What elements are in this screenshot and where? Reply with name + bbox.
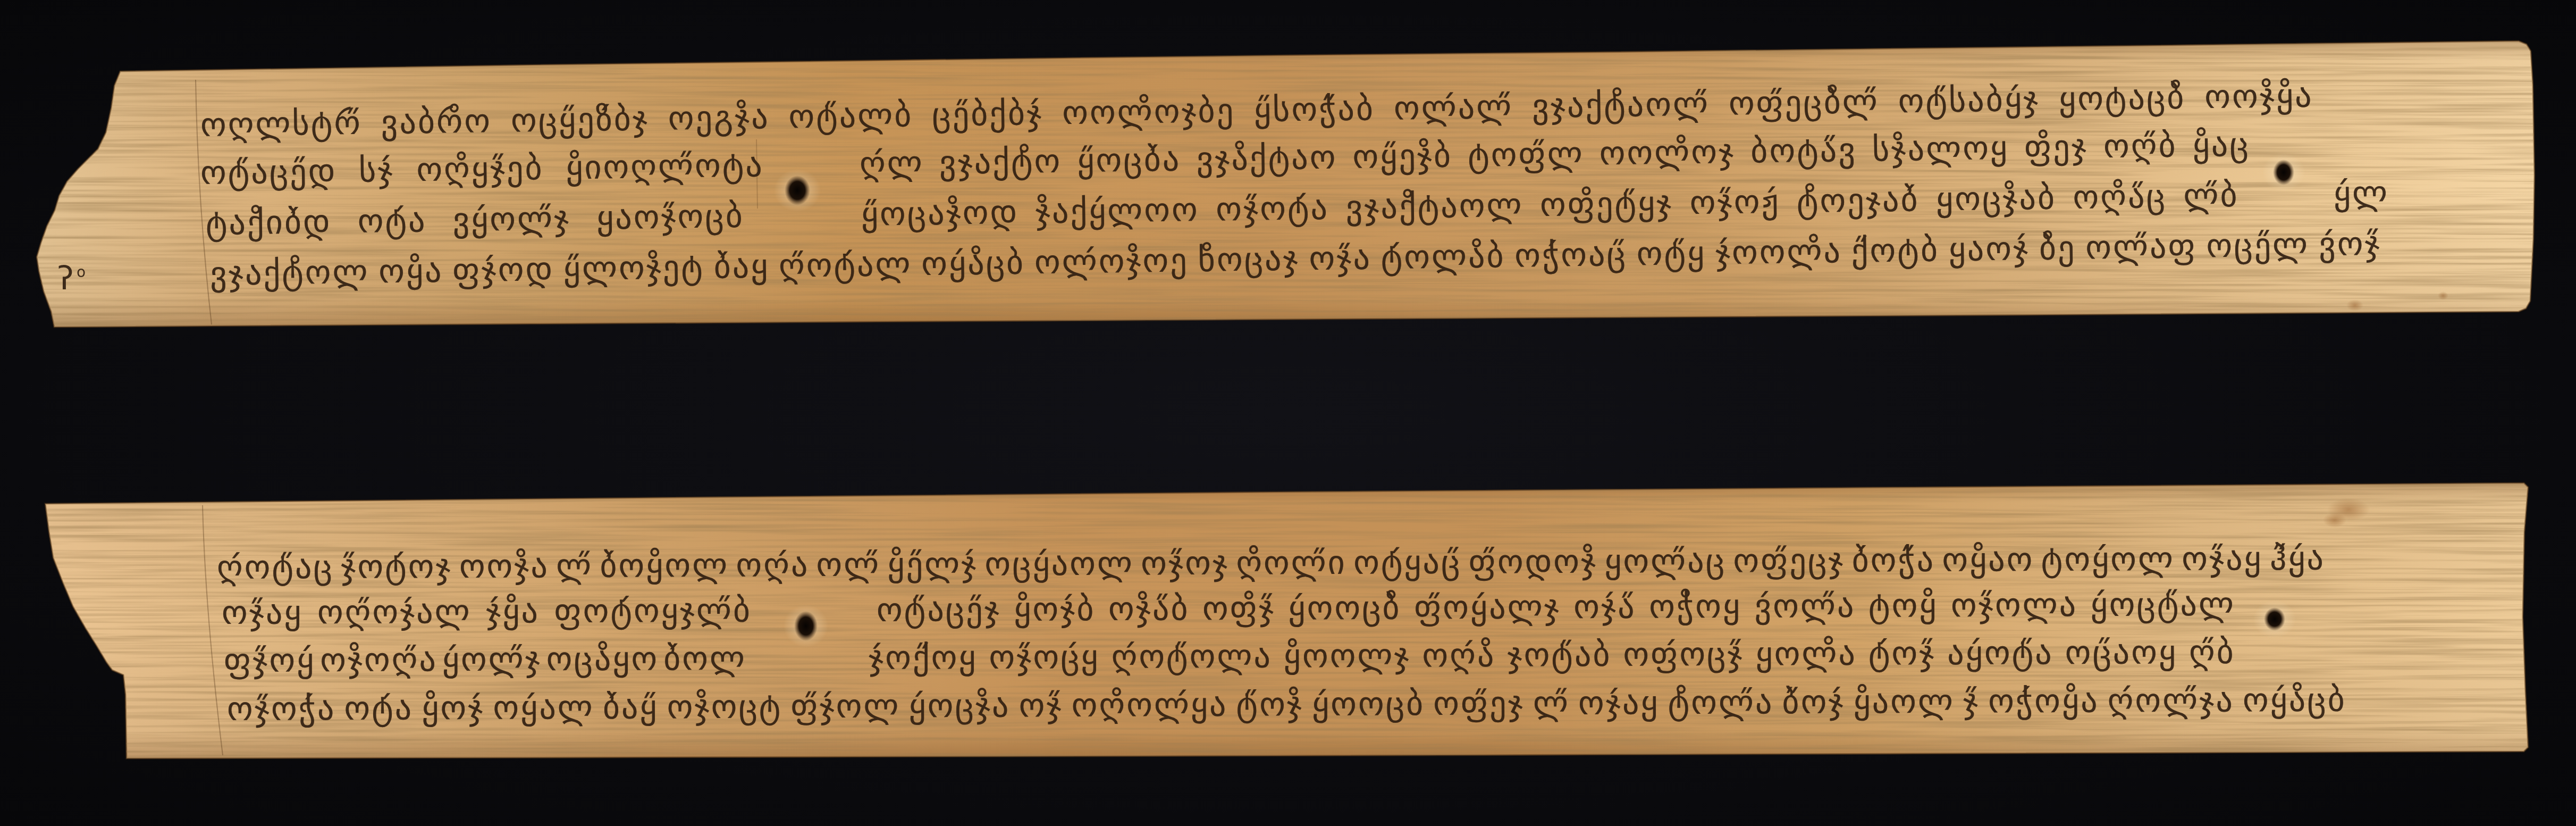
stain-spot	[2438, 291, 2448, 300]
script-word: ოჯ̋აყ	[2182, 537, 2263, 580]
script-word: ფ̋ოდოჯ̊	[1469, 540, 1598, 583]
script-word: ოჯ̋ა	[1309, 236, 1371, 280]
script-word: ოცა̊ყო	[546, 637, 659, 680]
script-line-3-left: ფჯ̋ოყ́ოჯ̊ოღ̋აყ́ოლ̋ჯოცა̊ყობ́ოლ	[224, 637, 746, 682]
leaf-number-digit-1: ʔ	[57, 263, 74, 295]
script-word: ვჯაქტ̊ოლ	[209, 251, 369, 295]
script-word: ფჯ́ოდ	[452, 248, 554, 292]
script-word: ვაბრ̊ო	[381, 99, 492, 144]
script-word: ოოლ̊ოჯბე	[1062, 89, 1235, 135]
script-word: ოფ̊ეტ̋ყჯ	[1539, 182, 1673, 226]
script-word: ოლ́ალ̋	[1393, 86, 1513, 130]
script-word: ყ̊ე̋ლჯ́	[887, 543, 978, 586]
script-word: ფ̋ოყ́ალჯ	[1414, 586, 1561, 629]
script-word: ყ́ოცტ̋ალ	[2090, 583, 2235, 626]
string-hole-top-left	[774, 169, 821, 212]
script-word: ღ̊ოლ̋ი	[1236, 541, 1346, 585]
script-word: აყ́ოტ̋ა	[1947, 631, 2053, 674]
script-word: ტაქ̊იბ́დ	[205, 201, 332, 245]
script-word: ბ́ოჭ̋ა	[1851, 539, 1935, 582]
script-word: ოღლსტრ̋	[200, 102, 362, 146]
script-word: ოჭ̊ოყ	[1649, 585, 1741, 628]
script-word: ოფ̊ჯ̋	[1202, 587, 1275, 630]
script-word: ოღ̊ა̋ც	[2073, 175, 2167, 219]
script-word: ღ́ოტ̋ოლა	[1111, 635, 1272, 678]
script-word: ტ́ოჯ̋	[1868, 632, 1936, 675]
string-hole-bottom-right	[2253, 600, 2296, 638]
script-word: ყ́ოოცბ̊	[1288, 587, 1401, 630]
script-word: ოტ̋აცე̋დ	[200, 149, 336, 194]
script-word: ბოტა̋ვ	[1750, 129, 1857, 173]
script-word: ოეგჯ̊ა	[668, 96, 770, 140]
stain-spot	[2323, 513, 2346, 528]
script-word: ფ̋ჯ́ოლ	[790, 685, 900, 728]
hole-icon	[794, 611, 818, 641]
script-word: ოფ́ოცჯ̋	[1623, 633, 1744, 676]
script-word: ოჯ̋ოლა	[1951, 583, 2077, 627]
script-word: ფ̊ეჯ	[2024, 126, 2088, 169]
script-word: ოჯ̋ოტ́ა	[1216, 187, 1329, 231]
script-word: ყ̊ოჯ́ბ	[1014, 588, 1095, 631]
script-word: ლ̋	[556, 545, 593, 587]
script-word: ყ̊ოჯ́	[422, 687, 484, 730]
script-line-3-left: ტაქ̊იბ́დოტ́ავყ́ოლ̋ჯყაოჯ̋ოცბ	[205, 195, 744, 245]
script-word: ოტ̋საბყ́ჯ	[1898, 78, 2040, 123]
script-word: ლ̋ბ	[2183, 174, 2239, 217]
script-word: ღ́ლ	[859, 141, 924, 185]
script-word: ყ̋სოჭ̋აბ	[1253, 87, 1375, 131]
script-word: ოცყ̋ეზ́ბჯ	[510, 97, 649, 142]
script-word: ოტ́ყაც̋	[1353, 541, 1462, 584]
script-word: ბ́აყ̋	[603, 686, 659, 728]
script-word: ოჯ̋აყ	[222, 591, 303, 634]
script-word: ყ́ოოცბ	[1312, 682, 1425, 725]
script-word: ოღ̊ოლ́ყა	[1071, 683, 1227, 727]
script-word: ოჯ̋ოჟ́	[1689, 180, 1780, 224]
script-word: ოყ́ალ	[493, 686, 594, 729]
script-word: ჯ́ოქ̋ოყ	[869, 636, 978, 679]
script-word: ბ́ოყ̊ოლ	[600, 544, 729, 587]
script-word: ვჯაქ̊ტაოლ	[1345, 184, 1523, 229]
script-word: ჯ́ყ̊ა	[486, 590, 540, 632]
string-hole-bottom-left	[784, 605, 828, 647]
script-word: ყ̊იოღლ̋ოტა	[566, 144, 764, 189]
script-word: ოც̋აოყ	[2065, 631, 2177, 674]
hole-icon	[2264, 607, 2285, 631]
script-word: ოტ́ა	[344, 687, 413, 730]
script-word: ტ́ოლა̊ბ	[1380, 235, 1505, 279]
script-word: ოტ́ა	[357, 199, 427, 243]
script-word: ყ́ლ	[2333, 172, 2389, 215]
script-word: ვჯაქტ̊ო	[939, 140, 1062, 184]
script-word: ვჯაქტ̊აოლ̋	[1531, 82, 1710, 128]
script-word: ოღ́ა̊	[1422, 634, 1495, 677]
script-word: ყ̊ოოლჯ	[1284, 635, 1411, 678]
hole-icon	[785, 176, 810, 205]
script-word: ოტ̋ყ	[1636, 232, 1706, 276]
script-word: ჰ̋ყ́ა	[2270, 537, 2325, 580]
script-word: ყ́ოლ̋ჯ	[442, 638, 542, 681]
script-word: ტ̋ოჯ̊	[1236, 683, 1303, 726]
script-word: ტოყ́ოლ	[2041, 538, 2175, 581]
script-line-3-right: ჯ́ოქ̋ოყოჯ̋ოც́ყღ́ოტ̋ოლაყ̊ოოლჯოღ́ა̊ჯოტ̋აბო…	[869, 631, 2235, 679]
script-line-2-left: ოჯ̋აყოღ̋ოჯ́ალჯ́ყ̊აფოტ́ოყჯლ̋ბ	[222, 589, 752, 634]
script-word: ოჭ́ოაც̋	[1514, 233, 1628, 277]
script-word: ოყ́ა̊ცბ	[2243, 679, 2346, 722]
script-word: ოჯ́ა̋	[1573, 586, 1636, 629]
script-word: სჯ́	[358, 149, 394, 192]
script-line-2-right: ოტ̋აცე̋ჯყ̊ოჯ́ბოჯ̊ა̋ბოფ̊ჯ̋ყ́ოოცბ̊ფ̋ოყ́ალჯ…	[877, 583, 2235, 631]
script-word: ოყ̊ა	[378, 249, 443, 293]
script-word: ყ̋ოცბ́ა	[1077, 138, 1181, 182]
script-word: ოლ̋აფ	[2085, 225, 2197, 269]
script-word: ჯ́ოოლ̊ა	[1715, 230, 1842, 274]
script-word: ოყ́ა̊ცბ	[921, 241, 1025, 286]
script-word: ცე̋ბქბჯ́	[932, 92, 1043, 136]
script-word: ოოჯ̊ა	[459, 545, 549, 588]
script-word: ოჯ̋ოც́ყ	[989, 636, 1100, 679]
script-word: ოტ̋აცე̋ჯ	[877, 588, 1001, 631]
script-word: ოტ̋ალბ	[788, 94, 913, 138]
script-word: ვყ́ოლ̋ჯ	[452, 197, 571, 241]
script-word: ოცე̋ლ	[2206, 223, 2310, 268]
script-word: ოლ̋	[816, 544, 880, 587]
script-word: ყოლ̊ა	[1755, 632, 1857, 675]
script-word: ოჭ́ოყ̊ა	[1988, 680, 2099, 723]
script-word: ოჯ̊ა̋ბ	[1108, 587, 1190, 630]
script-word: ბ̋ოჯ́	[1782, 681, 1845, 724]
script-word: ოჯ̊ოცტ	[667, 685, 782, 728]
script-word: ღ́ოლ̋ჯა	[2108, 679, 2234, 722]
script-word: ბ́ოლ	[663, 637, 746, 680]
script-word: ტ̊ოლ̋ა	[1668, 681, 1773, 724]
script-word: ვ́ოჯ̋	[2318, 222, 2381, 266]
script-word: ოჯ̊ოღ̋ა	[320, 638, 437, 681]
script-word: ფჯ̋ოყ́	[224, 639, 316, 682]
script-word: ბ́აყ	[713, 245, 770, 288]
script-word: ვ́ოლ̋ა	[1754, 585, 1855, 628]
hole-icon	[2273, 160, 2294, 185]
script-word: ყ̊აოლ	[1853, 680, 1955, 723]
script-word: ყ̋ოცაჯ̊ოდ	[861, 191, 1018, 236]
leaf-number-digit-0: o	[77, 265, 86, 280]
script-word: ბ̊ე	[2039, 227, 2076, 270]
script-word: ოღ́ა	[736, 544, 809, 587]
script-word: ღ̋ბ	[2189, 631, 2235, 673]
script-word: სჯ̊ალოყ	[1872, 127, 2009, 171]
photo-stage: ʔ o ოღლსტრ̋ვაბრ̊ოოცყ̋ეზ́ბჯოეგჯ̊აოტ̋ალბცე…	[0, 0, 2576, 826]
script-word: ოცყ́აოლ	[984, 542, 1134, 585]
script-word: ოყ̋ეჯ̊ბ	[1352, 134, 1453, 178]
script-word: ჯ̊აქყ́ლოო	[1035, 188, 1199, 233]
script-word: ღ́ოტ̋აც	[217, 546, 334, 589]
script-word: ჯ̋	[1963, 680, 1980, 723]
script-word: ოჯ́აყ	[1578, 681, 1660, 724]
script-word: ოოლ̊ოჯ	[1599, 130, 1735, 175]
script-line-2-left: ოტ̋აცე̋დსჯ́ოღ̊ყჯ̋ებყ̊იოღლ̋ოტა	[200, 144, 764, 194]
script-word: ყაოჯ̋ოცბ	[596, 195, 745, 239]
script-word: ყ̋ლოჯ̊ეტ	[563, 246, 704, 290]
script-word: ტ̊ოეჯაბ́	[1796, 178, 1920, 222]
script-word: ოფ̋ეცჯ	[1733, 539, 1845, 582]
script-word: ყოლ̋აც	[1604, 540, 1726, 583]
script-word: ყ́ოცჯ̊ა	[908, 685, 1010, 728]
script-word: ქ̋ოტბ	[1851, 229, 1939, 272]
script-word: ოფ̋ეჯ	[1433, 682, 1525, 725]
script-word: ოლ́ოჯ̊ოე	[1034, 239, 1189, 283]
script-word: ოღ̊ყჯ̋ებ	[416, 147, 544, 191]
script-word: ოღ̋ბ	[2103, 124, 2177, 168]
script-word: ფოტ́ოყჯლ̋ბ	[554, 589, 752, 633]
script-word: ხ̊ოცაჯ	[1198, 237, 1300, 281]
script-word: ჯოტ̋აბ	[1507, 633, 1611, 677]
script-word: ტოყ̊	[1868, 584, 1938, 627]
script-word: ოოჯ̊ყ̊ა	[2204, 74, 2313, 119]
script-word: ჯ̋ოტ́ოჯ	[341, 545, 452, 588]
script-word: ყოტაცბ̊	[2058, 76, 2185, 120]
string-hole-top-right	[2262, 153, 2305, 191]
script-word: ოჯ̋	[1018, 684, 1063, 727]
script-word: ოჯ̋ოჭ́ა	[227, 687, 336, 730]
script-word: ოფ̋ეცბ̊ლ̋	[1728, 80, 1879, 125]
script-word: ღ̋ოტ́ალ	[778, 243, 912, 287]
script-word: ტოფ̋ლ	[1468, 132, 1585, 177]
script-word: ყაოჯ́	[1948, 227, 2030, 271]
script-word: ლ̋	[1533, 682, 1570, 724]
script-word: ოყ̊აო	[1942, 538, 2034, 581]
script-word: ყ̊აც	[2192, 123, 2250, 166]
script-word: ყოცჯ̊აბ	[1936, 177, 2057, 221]
script-word: ოღ̋ოჯ́ალ	[317, 590, 472, 633]
script-word: ოჯ̋ოჯ	[1141, 542, 1229, 585]
script-line-3-tail: ყ́ლ	[2333, 172, 2387, 215]
stain-spot	[2346, 299, 2363, 311]
script-word: ვჯა̊ქტაო	[1196, 136, 1337, 180]
